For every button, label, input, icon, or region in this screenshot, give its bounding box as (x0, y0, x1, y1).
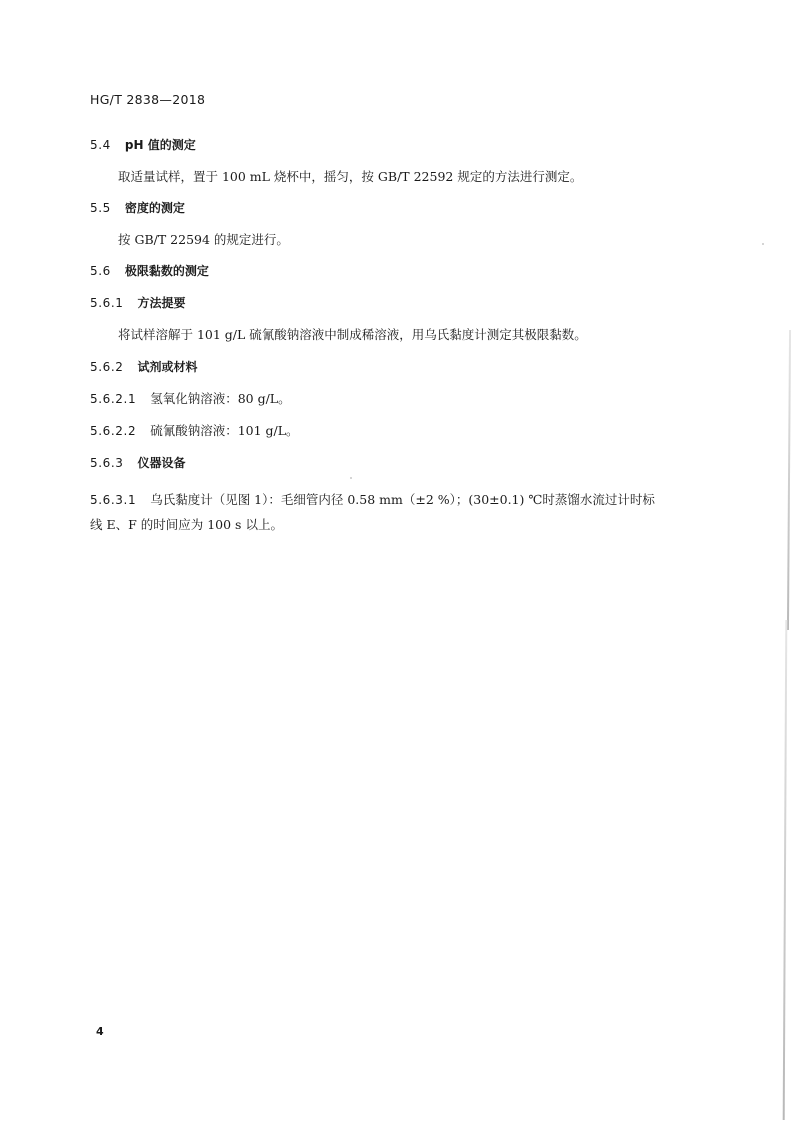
scan-edge-line (787, 330, 791, 630)
section-number: 5.6.1 (90, 295, 124, 311)
standard-code-header: HG/T 2838—2018 (90, 92, 205, 108)
clause-number: 5.6.2.1 (90, 392, 136, 406)
section-title: pH 值的测定 (125, 138, 196, 152)
clause-5-6-2-1: 5.6.2.1氢氧化钠溶液：80 g/L。 (90, 391, 291, 407)
clause-5-6-3-1: 5.6.3.1乌氏黏度计（见图 1）：毛细管内径 0.58 mm（±2 %）；(… (90, 492, 655, 508)
paragraph-method-summary: 将试样溶解于 101 g/L 硫氰酸钠溶液中制成稀溶液，用乌氏黏度计测定其极限黏… (118, 327, 587, 343)
section-title: 试剂或材料 (138, 360, 198, 374)
section-title: 方法提要 (138, 296, 186, 310)
section-number: 5.4 (90, 137, 111, 153)
page-number: 4 (96, 1024, 104, 1040)
section-number: 5.5 (90, 200, 111, 216)
scan-speck (762, 243, 764, 245)
section-number: 5.6.3 (90, 455, 124, 471)
clause-text: 乌氏黏度计（见图 1）：毛细管内径 0.58 mm（±2 %）；(30±0.1)… (150, 492, 655, 507)
section-title: 极限黏数的测定 (125, 264, 209, 278)
section-heading-5-4: 5.4pH 值的测定 (90, 137, 196, 153)
scan-speck (350, 477, 352, 479)
paragraph-density-method: 按 GB/T 22594 的规定进行。 (118, 232, 289, 248)
clause-number: 5.6.2.2 (90, 424, 136, 438)
section-number: 5.6 (90, 263, 111, 279)
section-title: 仪器设备 (138, 456, 186, 470)
section-heading-5-6-2: 5.6.2试剂或材料 (90, 359, 198, 375)
document-page: HG/T 2838—2018 5.4pH 值的测定 取适量试样，置于 100 m… (0, 0, 793, 1122)
section-heading-5-6: 5.6极限黏数的测定 (90, 263, 209, 279)
section-heading-5-5: 5.5密度的测定 (90, 200, 185, 216)
clause-5-6-3-1-continuation: 线 E、F 的时间应为 100 s 以上。 (90, 517, 283, 533)
section-title: 密度的测定 (125, 201, 185, 215)
section-heading-5-6-1: 5.6.1方法提要 (90, 295, 186, 311)
clause-text: 氢氧化钠溶液：80 g/L。 (150, 391, 290, 406)
section-heading-5-6-3: 5.6.3仪器设备 (90, 455, 186, 471)
clause-5-6-2-2: 5.6.2.2硫氰酸钠溶液：101 g/L。 (90, 423, 299, 439)
section-number: 5.6.2 (90, 359, 124, 375)
paragraph-ph-method: 取适量试样，置于 100 mL 烧杯中，摇匀，按 GB/T 22592 规定的方… (118, 169, 582, 185)
clause-text: 硫氰酸钠溶液：101 g/L。 (150, 423, 298, 438)
scan-edge-line (783, 620, 788, 1120)
clause-number: 5.6.3.1 (90, 493, 136, 507)
